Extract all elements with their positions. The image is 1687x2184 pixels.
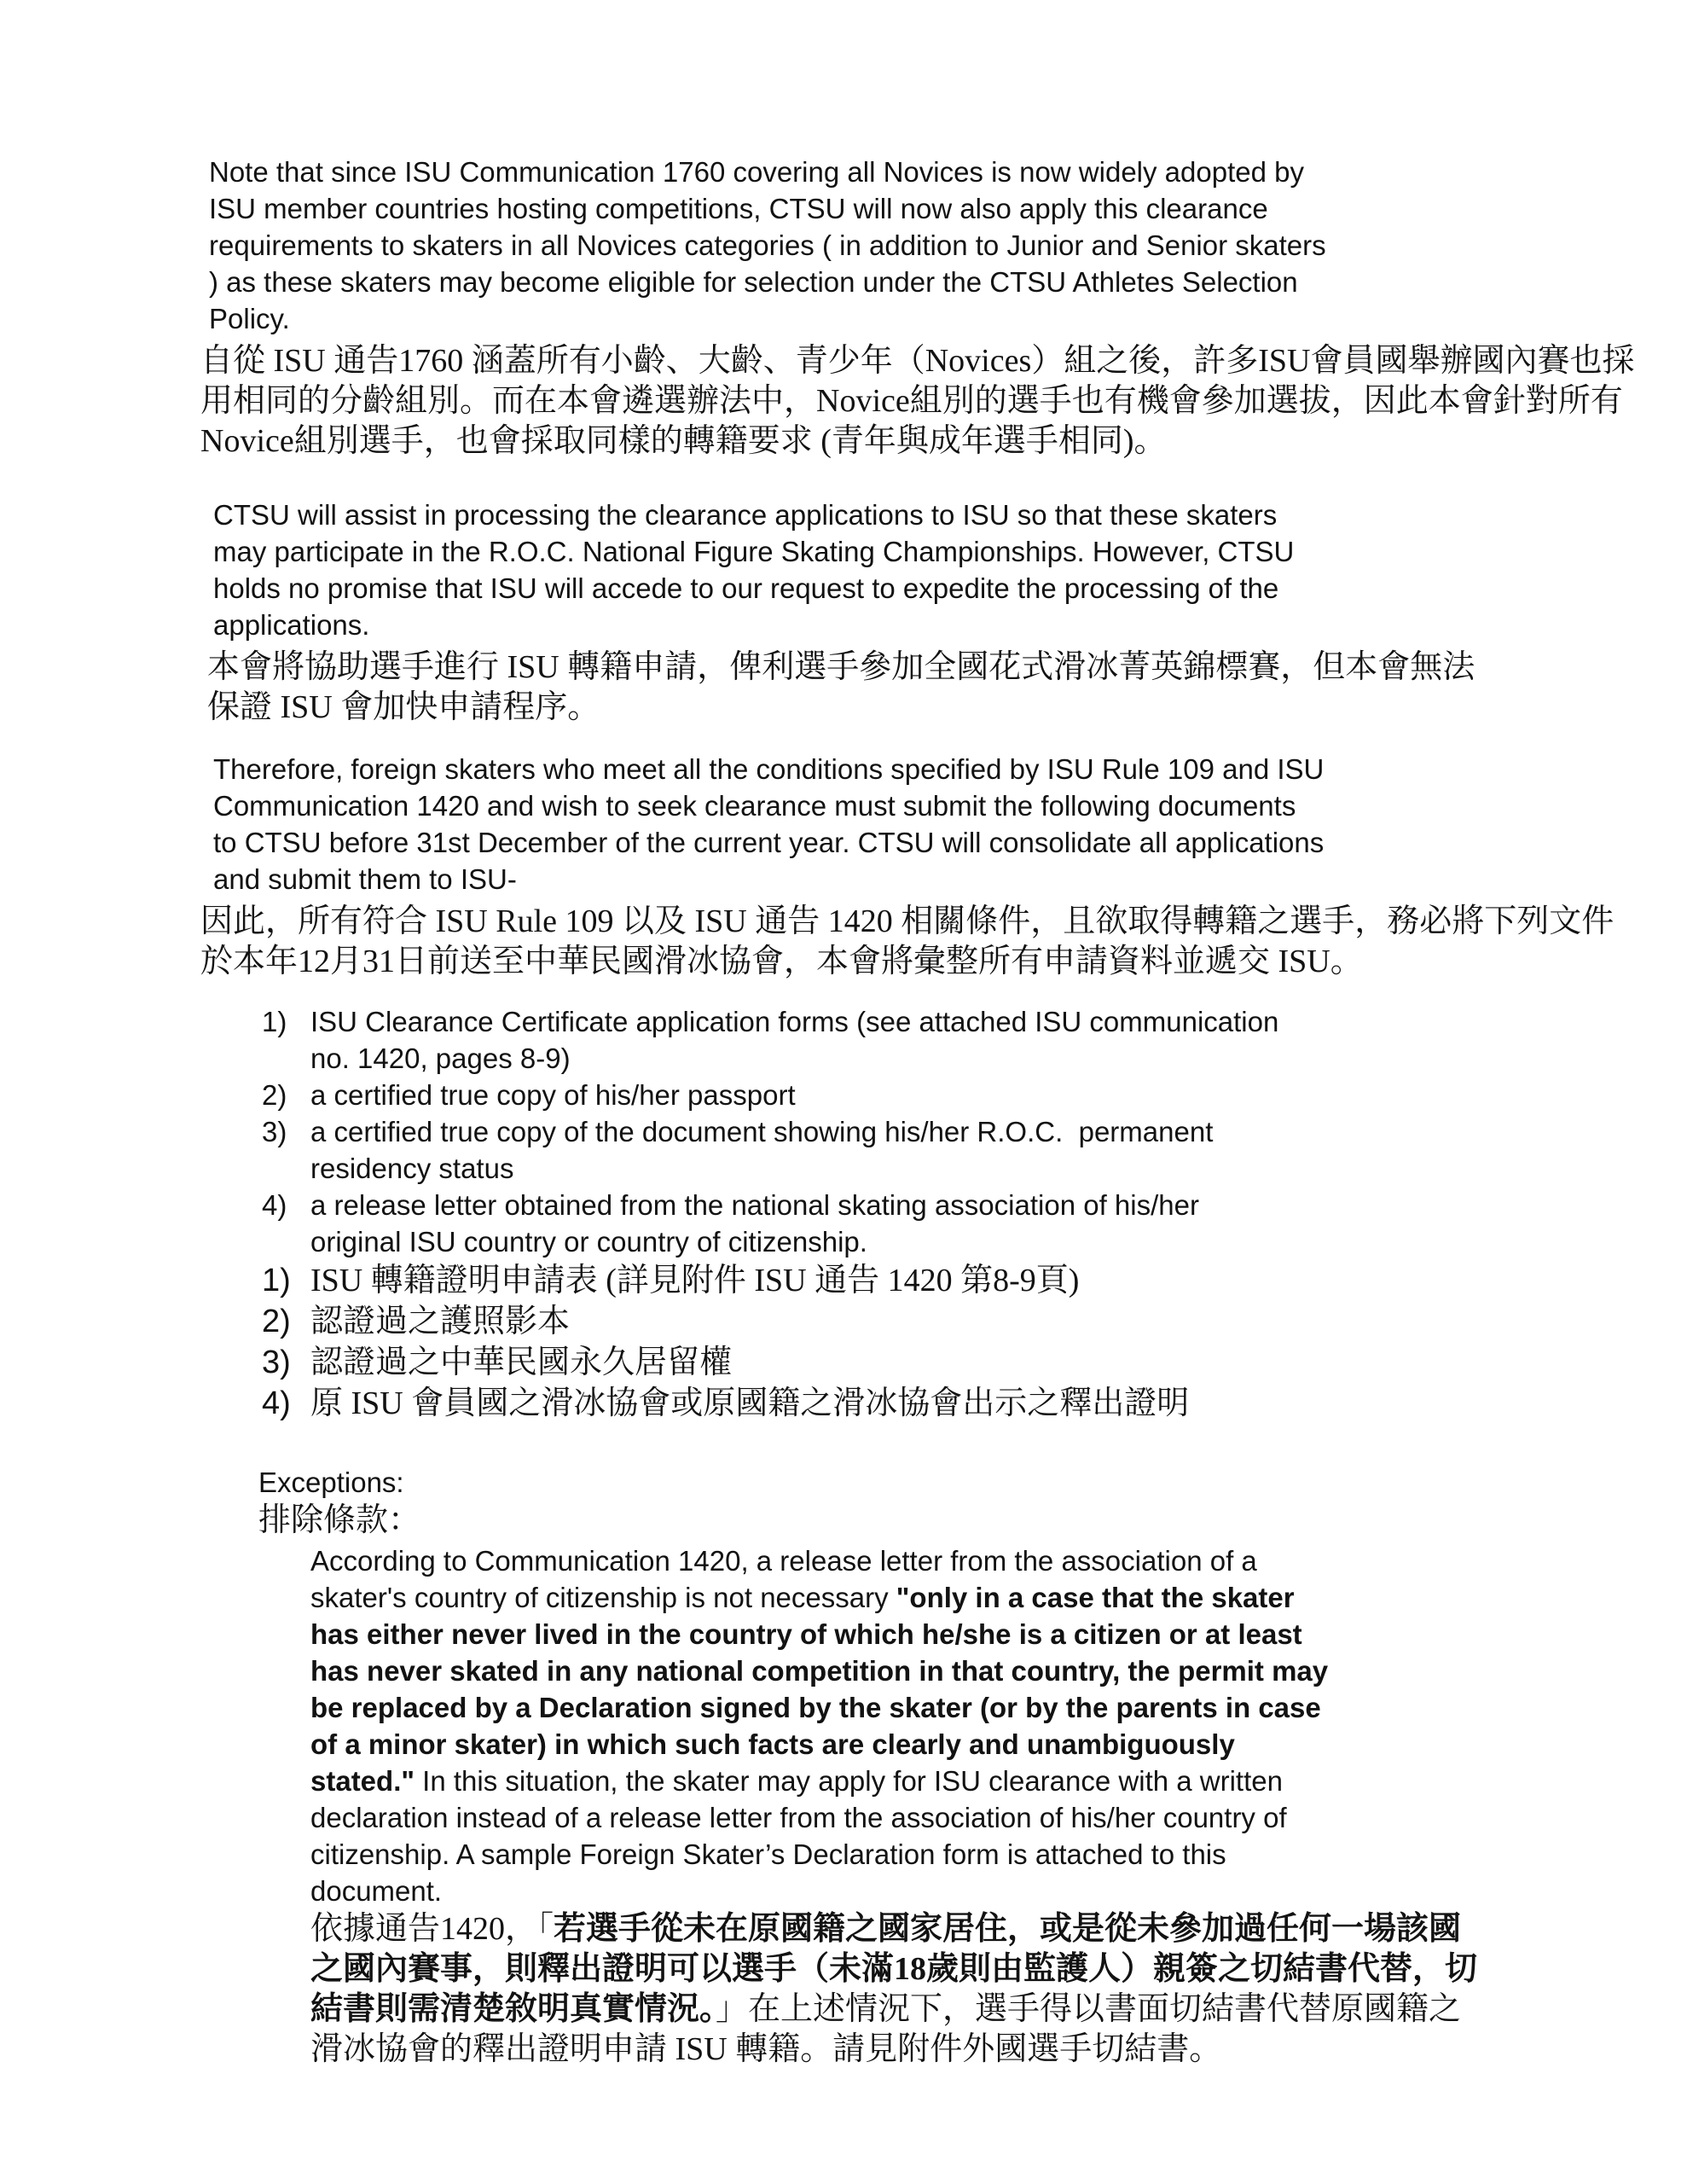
list-item: 2) 認證過之護照影本: [262, 1301, 1653, 1342]
list-item: 1) ISU Clearance Certificate application…: [262, 1003, 1653, 1077]
paragraph-novices-note-en: Note that since ISU Communication 1760 c…: [209, 154, 1653, 337]
list-item-text: ISU 轉籍證明申請表 (詳見附件 ISU 通告 1420 第8-9頁): [310, 1260, 1079, 1301]
paragraph-novices-note-zh: 自從 ISU 通告1760 涵蓋所有小齡、大齡、青少年（Novices）組之後，…: [200, 341, 1653, 462]
exceptions-body-zh-regular-lead: 依據通告1420，「: [310, 1911, 554, 1947]
list-item-number: 1): [262, 1003, 310, 1040]
paragraph-submit-documents-en: Therefore, foreign skaters who meet all …: [213, 751, 1653, 897]
list-item: 1) ISU 轉籍證明申請表 (詳見附件 ISU 通告 1420 第8-9頁): [262, 1260, 1653, 1301]
document-page: Note that since ISU Communication 1760 c…: [0, 0, 1687, 2184]
list-item: 3) a certified true copy of the document…: [262, 1113, 1653, 1187]
paragraph-ctsu-assist-zh: 本會將協助選手進行 ISU 轉籍申請，俾利選手參加全國花式滑冰菁英錦標賽，但本會…: [207, 648, 1653, 728]
list-item-text: 原 ISU 會員國之滑冰協會或原國籍之滑冰協會出示之釋出證明: [310, 1383, 1189, 1424]
exceptions-heading-en: Exceptions:: [258, 1464, 1653, 1501]
required-documents-list-en: 1) ISU Clearance Certificate application…: [262, 1003, 1653, 1260]
list-item-number: 2): [262, 1077, 310, 1113]
list-item: 2) a certified true copy of his/her pass…: [262, 1077, 1653, 1113]
list-item-text: 認證過之護照影本: [310, 1301, 570, 1342]
list-item-number: 4): [262, 1383, 310, 1424]
required-documents-list-zh: 1) ISU 轉籍證明申請表 (詳見附件 ISU 通告 1420 第8-9頁) …: [262, 1260, 1653, 1424]
paragraph-ctsu-assist-en: CTSU will assist in processing the clear…: [213, 497, 1653, 643]
list-item: 4) 原 ISU 會員國之滑冰協會或原國籍之滑冰協會出示之釋出證明: [262, 1383, 1653, 1424]
list-item-number: 1): [262, 1260, 310, 1301]
list-item: 3) 認證過之中華民國永久居留權: [262, 1342, 1653, 1383]
paragraph-submit-documents-zh: 因此，所有符合 ISU Rule 109 以及 ISU 通告 1420 相關條件…: [200, 902, 1653, 982]
list-item-text: a release letter obtained from the natio…: [310, 1187, 1199, 1260]
list-item-text: a certified true copy of the document sh…: [310, 1113, 1213, 1187]
list-item-text: 認證過之中華民國永久居留權: [310, 1342, 732, 1383]
exceptions-body-en-regular-tail: In this situation, the skater may apply …: [310, 1765, 1287, 1907]
list-item-number: 3): [262, 1113, 310, 1150]
exceptions-heading-zh: 排除條款：: [258, 1501, 1653, 1541]
list-item-number: 2): [262, 1301, 310, 1342]
list-item: 4) a release letter obtained from the na…: [262, 1187, 1653, 1260]
list-item-text: a certified true copy of his/her passpor…: [310, 1077, 796, 1113]
list-item-text: ISU Clearance Certificate application fo…: [310, 1003, 1278, 1077]
list-item-number: 3): [262, 1342, 310, 1383]
exceptions-body-zh: 依據通告1420，「若選手從未在原國籍之國家居住，或是從未參加過任何一場該國 之…: [310, 1909, 1653, 2070]
exceptions-body-en: According to Communication 1420, a relea…: [310, 1542, 1653, 1909]
list-item-number: 4): [262, 1187, 310, 1223]
